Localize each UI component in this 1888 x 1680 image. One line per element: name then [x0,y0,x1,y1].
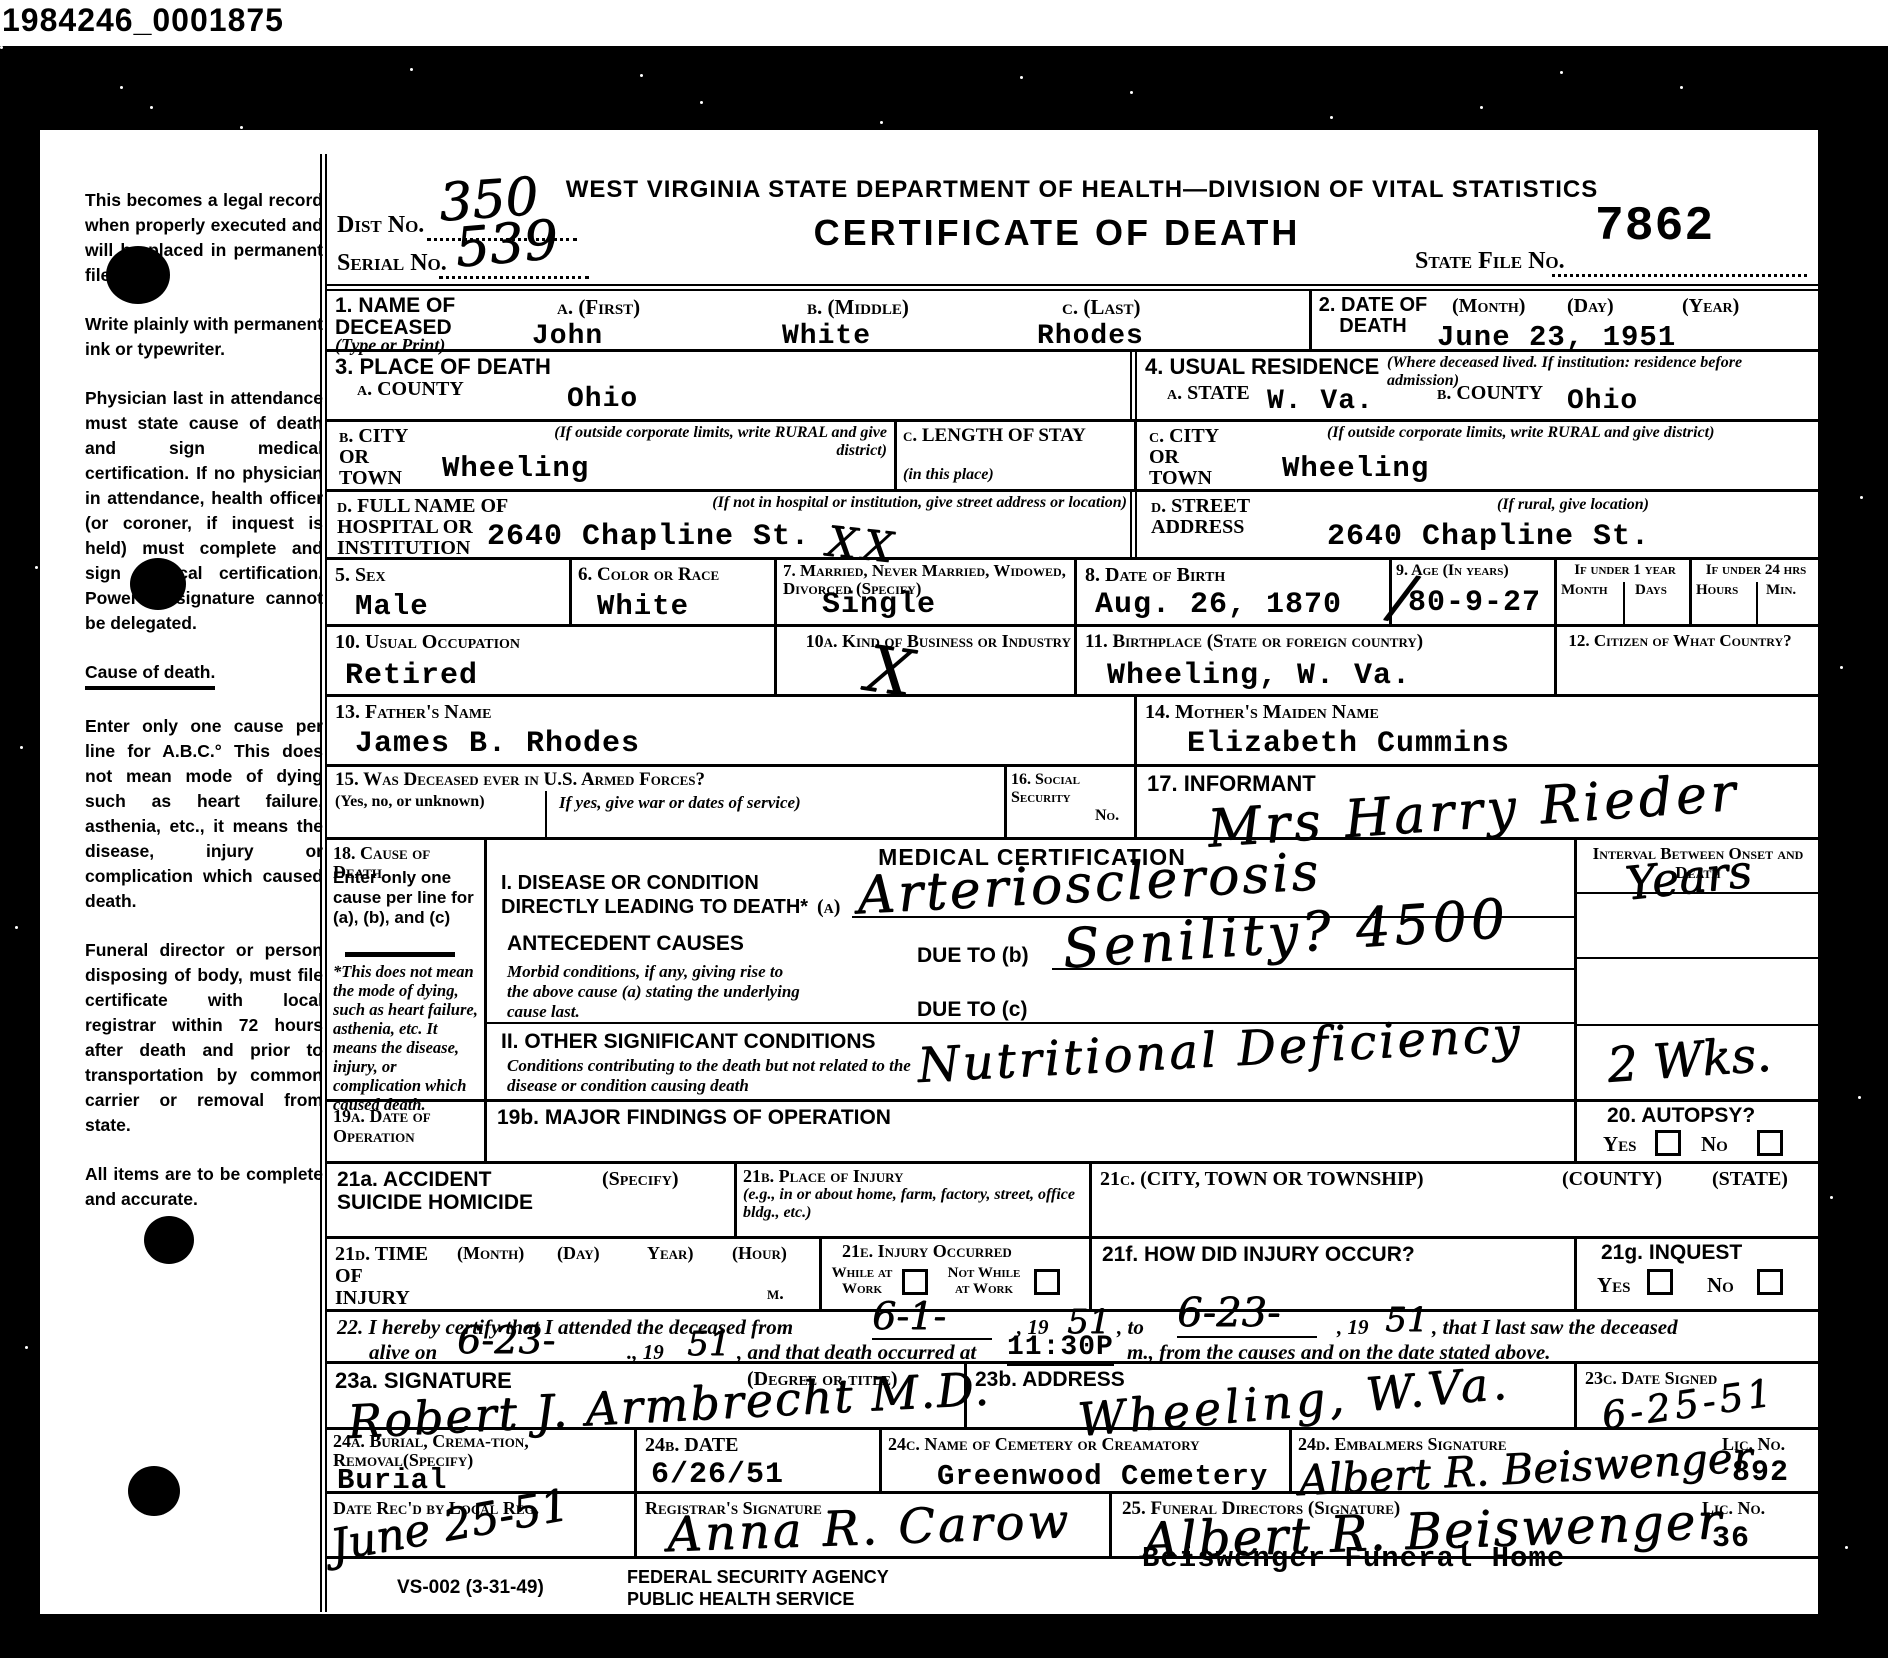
form-number: VS-002 (3-31-49) [397,1577,544,1599]
field-embalmer: 24d. Embalmers Signature Lic. No. Albert… [1292,1430,1819,1491]
residence-city-value: Wheeling [1282,452,1429,485]
scanned-death-certificate: { "scan_id": "1984246_0001875", "sidebar… [0,0,1888,1680]
scan-id-strip: 1984246_0001875 [0,0,1888,46]
occupation-value: Retired [345,659,478,693]
street-address-value: 2640 Chapline St. [1327,520,1650,554]
armed-forces-sub2: If yes, give war or dates of service) [559,793,979,812]
row-injury-defg: 21d. TIME OF INJURY (Month) (Day) Year) … [327,1236,1819,1309]
injury-hour-label: (Hour) [732,1243,787,1264]
state-file-value: 7862 [1595,200,1714,254]
field-residence-city: c. CITY OR TOWN (If outside corporate li… [1137,422,1819,489]
father-name-label: 13. Father's Name [335,701,491,724]
field-signature: 23a. SIGNATURE (Degree or title) Robert … [327,1364,967,1427]
date-of-death-label: 2. DATE OF DEATH [1318,295,1428,337]
antecedent-note: Morbid conditions, if any, giving rise t… [507,962,807,1022]
inquest-yes-label: Yes [1597,1273,1631,1298]
column-divider [545,791,547,837]
field-major-findings: 19b. MAJOR FINDINGS OF OPERATION [487,1102,1577,1161]
ink-blot [128,1466,180,1516]
field-length-of-stay: c. LENGTH OF STAY (in this place) [897,422,1137,489]
certify-text-3: , to [1117,1315,1144,1340]
accident-label: 21a. ACCIDENT SUICIDE HOMICIDE [337,1168,537,1214]
months-label: Month [1561,582,1608,599]
field-date-received: Date Rec'd by Local Reg. June 25-51 [327,1494,637,1556]
residence-county-value: Ohio [1567,386,1638,417]
field-certify-statement: 22. I hereby certify that I attended the… [327,1312,1819,1361]
due-to-c-label: DUE TO (c) [917,998,1027,1022]
checkbox-while-at-work [902,1269,928,1295]
agency-line2: PUBLIC HEALTH SERVICE [627,1589,854,1610]
place-city-label: b. CITY OR TOWN [339,426,431,489]
armed-forces-label: 15. Was Deceased ever in U.S. Armed Forc… [335,769,705,791]
certify-alive-date: 6-23- [457,1318,607,1364]
day-col-label: (Day) [1567,295,1614,318]
field-injury-location: 21c. (CITY, TOWN OR TOWNSHIP) (COUNTY) (… [1092,1164,1819,1236]
business-pen-mark: X [862,632,917,712]
injury-m-label: m. [767,1283,784,1304]
citizen-label: 12. Citizen of What Country? [1565,631,1795,650]
field-date-of-death: 2. DATE OF DEATH (Month) (Day) (Year) Ju… [1312,291,1819,349]
usual-residence-label: 4. USUAL RESIDENCE [1145,354,1379,380]
row-operation: 19a. Date of Operation 19b. MAJOR FINDIN… [327,1099,1819,1161]
length-of-stay-label: c. LENGTH OF STAY [903,426,1123,446]
row-injury-abc: 21a. ACCIDENT SUICIDE HOMICIDE (Specify)… [327,1161,1819,1236]
instruction-paragraph: Write plainly with permanent ink or type… [85,312,323,362]
min-label: Min. [1766,582,1796,599]
ink-blot [144,1216,194,1264]
business-label: 10a. Kind of Business or Industry [783,631,1071,651]
last-name-value: Rhodes [1037,321,1144,352]
name-label: 1. NAME OF DECEASED [335,295,505,339]
footer-area: VS-002 (3-31-49) FEDERAL SECURITY AGENCY… [327,1559,1819,1612]
field-registrar-signature: Registrar's Signature Anna R. Carow [637,1494,1112,1556]
under-24-label: If under 24 hrs [1694,562,1818,579]
marital-value: Single [822,588,936,622]
middle-name-label: b. (Middle) [807,295,909,320]
under-1-year-label: If under 1 year [1559,562,1691,579]
certify-to-date: 6-23- [1177,1290,1317,1338]
county-label: a. COUNTY [357,378,464,401]
injury-state-label: (STATE) [1712,1168,1788,1191]
row-signature: 23a. SIGNATURE (Degree or title) Robert … [327,1361,1819,1427]
residence-city-note: (If outside corporate limits, write RURA… [1327,424,1807,442]
field-father-name: 13. Father's Name James B. Rhodes [327,697,1137,764]
while-at-work-label: While at Work [826,1265,898,1297]
other-conditions-label: II. OTHER SIGNIFICANT CONDITIONS [501,1030,876,1054]
hospital-value: 2640 Chapline St. [487,520,810,554]
field-autopsy: 20. AUTOPSY? Yes No [1577,1102,1819,1161]
agency-line1: FEDERAL SECURITY AGENCY [627,1567,889,1588]
certify-alive-year: 51 [687,1324,730,1364]
time-of-injury-label: 21d. TIME OF INJURY [335,1243,435,1309]
checkbox-autopsy-no [1757,1130,1783,1156]
field-date-signed: 23c. Date Signed 6-25-51 [1577,1364,1819,1427]
funeral-home-name: Beiswenger Funeral Home [1142,1542,1565,1575]
injury-day-label: (Day) [557,1243,600,1264]
hospital-pen-marks: XX [825,516,902,572]
injury-year-label: Year) [647,1243,693,1264]
autopsy-yes-label: Yes [1603,1132,1637,1157]
field-age-under-1-year: If under 1 year Month Days [1557,560,1692,624]
department-title: WEST VIRGINIA STATE DEPARTMENT OF HEALTH… [507,176,1657,204]
last-name-label: c. (Last) [1062,295,1141,320]
place-of-death-label: 3. PLACE OF DEATH [335,354,551,380]
injury-county-label: (COUNTY) [1562,1168,1662,1191]
row-sex-age: 5. Sex Male 6. Color or Race White 7. Ma… [327,557,1819,624]
ssn-no-label: No. [1095,807,1119,825]
field-marital-status: 7. Married, Never Married, Widowed, Divo… [777,560,1077,624]
place-of-injury-label: 21b. Place of Injury [743,1166,903,1187]
scan-id: 1984246_0001875 [2,2,284,39]
residence-county-label: b. COUNTY [1437,382,1543,405]
other-conditions-note: Conditions contributing to the death but… [507,1056,937,1096]
county-value: Ohio [567,384,638,415]
checkbox-autopsy-yes [1655,1130,1681,1156]
field-usual-residence: 4. USUAL RESIDENCE (Where deceased lived… [1137,352,1819,419]
interval-line-b [1577,957,1819,959]
birthplace-value: Wheeling, W. Va. [1107,659,1411,693]
birthplace-label: 11. Birthplace (State or foreign country… [1085,631,1423,653]
armed-forces-sub1: (Yes, no, or unknown) [335,793,535,811]
field-race: 6. Color or Race White [572,560,777,624]
burial-date-value: 6/26/51 [651,1458,784,1492]
residence-state-value: W. Va. [1267,386,1374,417]
month-col-label: (Month) [1452,295,1525,318]
sex-label: 5. Sex [335,564,386,587]
field-name-of-deceased: 1. NAME OF DECEASED (Type or Print) a. (… [327,291,1312,349]
interval-line-c [1577,1024,1819,1026]
date-of-birth-value: Aug. 26, 1870 [1095,588,1342,622]
instruction-paragraph: Physician last in attendance must state … [85,386,323,636]
autopsy-label: 20. AUTOPSY? [1607,1104,1755,1128]
mother-name-label: 14. Mother's Maiden Name [1145,701,1379,724]
certificate-form: Dist No. 350 Serial No. 539 WEST VIRGINI… [320,154,1812,1612]
checkbox-inquest-no [1757,1269,1783,1295]
certify-text-4: , 19 [1337,1315,1369,1340]
row-occupation: 10. Usual Occupation Retired 10a. Kind o… [327,624,1819,694]
injury-occurred-label: 21e. Injury Occurred [842,1241,1012,1262]
autopsy-no-label: No [1701,1132,1728,1157]
occupation-label: 10. Usual Occupation [335,631,520,654]
certify-to-year: 51 [1385,1300,1428,1340]
scan-noise [0,46,3,49]
field-age: 9. Age (In years) / 80-9-27 [1392,560,1557,624]
disease-label-line2: DIRECTLY LEADING TO DEATH* [501,896,808,919]
place-of-injury-note: (e.g., in or about home, farm, factory, … [743,1186,1083,1222]
sex-value: Male [355,590,429,623]
age-value: 80-9-27 [1408,586,1541,620]
row-place-residence: 3. PLACE OF DEATH a. COUNTY Ohio 4. USUA… [327,349,1819,419]
street-address-label: d. STREET ADDRESS [1151,496,1271,538]
field-street-address: d. STREET ADDRESS (If rural, give locati… [1137,492,1819,557]
row-city: b. CITY OR TOWN (If outside corporate li… [327,419,1819,489]
field-accident-suicide-homicide: 21a. ACCIDENT SUICIDE HOMICIDE (Specify) [327,1164,737,1236]
field-hospital: d. FULL NAME OF HOSPITAL OR INSTITUTION … [327,492,1137,557]
cause-of-death-column: 18. Cause of Death Enter only one cause … [327,840,487,1099]
row-registrar: Date Rec'd by Local Reg. June 25-51 Regi… [327,1491,1819,1556]
form-footer: VS-002 (3-31-49) FEDERAL SECURITY AGENCY… [327,1556,1819,1612]
field-informant: 17. INFORMANT Mrs Harry Rieder [1137,767,1819,837]
field-birthplace: 11. Birthplace (State or foreign country… [1077,627,1557,694]
burial-date-label: 24b. DATE [645,1434,738,1457]
field-place-of-death: 3. PLACE OF DEATH a. COUNTY Ohio [327,352,1137,419]
certify-text-5: , that I last saw the deceased [1432,1315,1678,1340]
ssn-label: 16. Social Security [1011,771,1131,807]
checkbox-not-while-at-work [1034,1269,1060,1295]
father-name-value: James B. Rhodes [355,727,640,761]
certify-from-date: 6-1- [872,1294,992,1340]
instruction-paragraph: All items are to be complete and accurat… [85,1162,323,1212]
ink-blot [130,558,186,610]
days-label: Days [1635,582,1667,599]
disease-label-line1: I. DISEASE OR CONDITION [501,872,759,895]
field-business: 10a. Kind of Business or Industry X [777,627,1077,694]
field-occupation: 10. Usual Occupation Retired [327,627,777,694]
inquest-label: 21g. INQUEST [1601,1241,1742,1265]
field-age-under-24-hrs: If under 24 hrs Hours Min. [1692,560,1819,624]
street-address-note: (If rural, give location) [1497,496,1797,514]
first-name-label: a. (First) [557,295,640,320]
serial-no-value: 539 [452,208,560,280]
field-inquest: 21g. INQUEST Yes No [1577,1239,1819,1309]
field-time-of-injury: 21d. TIME OF INJURY (Month) (Day) Year) … [327,1239,822,1309]
year-col-label: (Year) [1682,295,1739,318]
not-while-at-work-label: Not While at Work [944,1265,1024,1297]
row-certify: 22. I hereby certify that I attended the… [327,1309,1819,1361]
certificate-paper: This becomes a legal record when properl… [40,130,1818,1614]
field-burial-date: 24b. DATE 6/26/51 [637,1430,882,1491]
interval-ii-value: 2 Wks. [1605,1026,1773,1093]
field-funeral-director: 25. Funeral Directors (Signature) Lic. N… [1112,1494,1819,1556]
ink-blot [106,246,170,304]
field-sex: 5. Sex Male [327,560,572,624]
antecedent-label: ANTECEDENT CAUSES [507,932,744,956]
date-of-birth-label: 8. Date of Birth [1085,564,1225,587]
cause-of-death-note2: *This does not mean the mode of dying, s… [333,962,481,1114]
row-name: 1. NAME OF DECEASED (Type or Print) a. (… [327,284,1819,349]
cemetery-value: Greenwood Cemetery [937,1460,1268,1493]
checkbox-inquest-yes [1647,1269,1673,1295]
residence-city-label: c. CITY OR TOWN [1149,426,1241,489]
cause-of-death-note1: Enter only one cause per line for (a), (… [333,868,479,928]
field-ssn: 16. Social Security No. [1007,767,1137,837]
first-name-value: John [532,321,603,352]
form-header: Dist No. 350 Serial No. 539 WEST VIRGINI… [327,154,1819,284]
serial-no-label: Serial No. [337,250,447,277]
field-how-injury-occurred: 21f. HOW DID INJURY OCCUR? [1092,1239,1577,1309]
interval-column: Interval Between Onset and Death Years 2… [1577,840,1819,1099]
medical-certification-block: 18. Cause of Death Enter only one cause … [327,837,1819,1099]
place-city-value: Wheeling [442,452,589,485]
divider [345,952,455,957]
major-findings-label: 19b. MAJOR FINDINGS OF OPERATION [497,1106,891,1130]
hospital-note: (If not in hospital or institution, give… [657,494,1127,512]
middle-name-value: White [782,321,871,352]
instruction-heading: Cause of death. [85,660,323,690]
specify-label: (Specify) [602,1168,679,1191]
dist-no-label: Dist No. [337,212,424,239]
row-parents: 13. Father's Name James B. Rhodes 14. Mo… [327,694,1819,764]
certificate-title: CERTIFICATE OF DEATH [607,212,1507,254]
field-date-of-birth: 8. Date of Birth Aug. 26, 1870 [1077,560,1392,624]
inquest-no-label: No [1707,1273,1734,1298]
state-file-label: State File No. [1415,248,1565,275]
cause-a-label: (a) [817,896,840,919]
race-label: 6. Color or Race [578,564,719,586]
race-value: White [597,590,689,623]
state-file-line [1552,274,1807,277]
row-informant: 15. Was Deceased ever in U.S. Armed Forc… [327,764,1819,837]
instruction-paragraph: Funeral director or person disposing of … [85,938,323,1138]
field-date-of-operation: 19a. Date of Operation [327,1102,487,1161]
length-of-stay-note: (in this place) [903,466,994,484]
field-place-city: b. CITY OR TOWN (If outside corporate li… [327,422,897,489]
column-divider [1623,582,1625,627]
instruction-paragraph: Enter only one cause per line for A.B.C.… [85,714,323,914]
address-label: 23b. ADDRESS [975,1368,1125,1392]
injury-city-label: 21c. (CITY, TOWN OR TOWNSHIP) [1100,1168,1424,1191]
mother-name-value: Elizabeth Cummins [1187,727,1510,761]
hours-label: Hours [1696,582,1738,599]
field-armed-forces: 15. Was Deceased ever in U.S. Armed Forc… [327,767,1007,837]
residence-state-label: a. STATE [1167,382,1250,405]
due-to-b-label: DUE TO (b) [917,944,1029,968]
date-of-operation-label: 19a. Date of Operation [333,1106,481,1146]
field-signature-address: 23b. ADDRESS Wheeling, W.Va. [967,1364,1577,1427]
column-divider [1756,582,1758,627]
field-place-of-injury: 21b. Place of Injury (e.g., in or about … [737,1164,1092,1236]
how-injury-occurred-label: 21f. HOW DID INJURY OCCUR? [1102,1243,1415,1267]
field-mother-name: 14. Mother's Maiden Name Elizabeth Cummi… [1137,697,1819,764]
row-hospital: d. FULL NAME OF HOSPITAL OR INSTITUTION … [327,489,1819,557]
margin-instructions: This becomes a legal record when properl… [85,188,323,1236]
field-citizen: 12. Citizen of What Country? [1557,627,1819,694]
injury-month-label: (Month) [457,1243,524,1264]
medical-certification-main: MEDICAL CERTIFICATION I. DISEASE OR COND… [487,840,1577,1099]
